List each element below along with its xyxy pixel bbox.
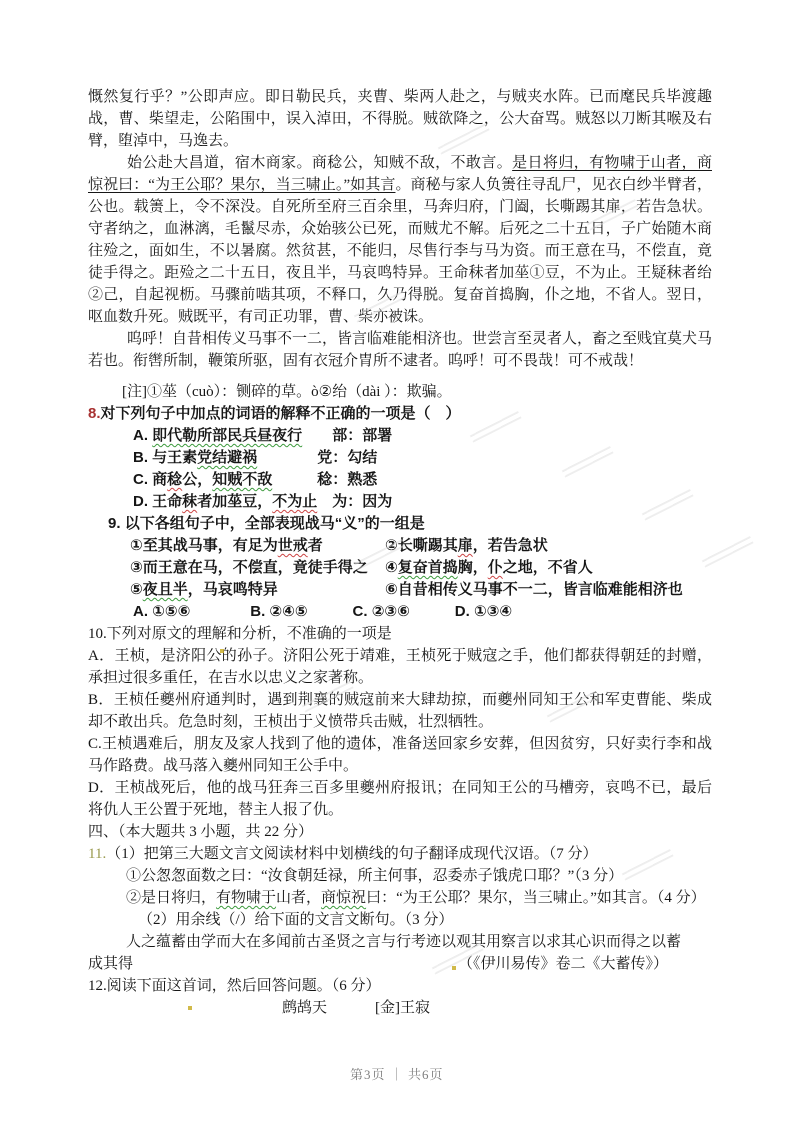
passage-paragraph-2: 始公赴大昌道，宿木商家。商稔公，知贼不敌，不敢言。是日将归，有物啸于山者，商惊祝… [88,152,712,328]
passage-paragraph-3: 呜呼！自昔相传义马事不一二，皆言临难能相济也。世尝言至灵者人，畜之至贱宜莫犬马若… [88,328,712,372]
poem-author: [金]王寂 [375,997,430,1019]
question-9-item-1: ①至其战马事，有足为世戒者 [130,535,385,557]
question-12-stem: 12.阅读下面这首词，然后回答问题。（6 分） [88,975,712,997]
question-8-option-d[interactable]: D. 王命秣者加莝豆，不为止 为：因为 [133,491,712,513]
question-9-row-3: ⑤夜且半，马哀鸣特异 ⑥自昔相传义马事不一二，皆言临难能相济也 [130,579,712,601]
section-4-heading: 四、（本大题共 3 小题，共 22 分） [88,821,712,843]
question-12-number: 12. [88,978,107,994]
question-10-stem-text: 下列对原文的理解和分析，不准确的一项是 [107,626,392,642]
question-11-part-2: （2）用余线（/）给下面的文言文断句。（3 分） [138,909,712,931]
footnote-line: [注]①莝（cuò）：铡碎的草。ò②绐（dài ）：欺骗。 [122,381,712,403]
question-8-option-c[interactable]: C. 商稔公，知贼不敌 稔：熟悉 [133,469,712,491]
page-footer: 第3页 ｜ 共6页 [350,1064,444,1083]
question-11-sub-2: ②是日将归，有物啸于山者，商惊祝曰：“为王公耶？果尔，当三啸止。”如其言。（4 … [126,887,712,909]
duanju-tail: 成其得 [88,953,133,975]
question-8-number: 8. [88,405,101,422]
question-10-stem: 10.下列对原文的理解和分析，不准确的一项是 [88,623,712,645]
scan-artifact-dot [452,966,456,970]
page-content: 慨然复行乎？”公即声应。即日勒民兵，夹曹、柴两人赴之，与贼夹水阵。已而麾民兵毕渡… [88,86,712,1019]
question-9-item-2: ②长嘶踢其扉，若告急状 [385,535,712,557]
exam-page: 慨然复行乎？”公即声应。即日勒民兵，夹曹、柴两人赴之，与贼夹水阵。已而麾民兵毕渡… [0,0,793,1122]
question-9-stem-text: 以下各组句子中，全部表现战马“义”的一组是 [125,515,425,532]
question-8-stem-text: 对下列句子中加点的词语的解释不正确的一项是（ ） [101,405,461,422]
question-9-item-3: ③而王意在马，不偿直，竟徒手得之 [130,557,385,579]
question-9-number: 9. [108,515,121,532]
footer-page-number: 第3页 [350,1067,386,1082]
question-10-option-c[interactable]: C.王桢遇难后，朋友及家人找到了他的遗体，准备送回家乡安葬，但因贫穷，只好卖行李… [88,733,712,777]
scan-artifact-dot [220,649,224,653]
question-10-option-d[interactable]: D．王桢战死后，他的战马狂奔三百多里夔州府报讯；在同知王公的马槽旁，哀鸣不已，最… [88,777,712,821]
footer-separator: ｜ [390,1067,404,1082]
scan-artifact-dot [188,1006,192,1010]
question-11-stem: 11.（1）把第三大题文言文阅读材料中划横线的句子翻译成现代汉语。（7 分） [88,843,712,865]
duanju-passage-line-1: 人之蕴蓄由学而大在多闻前古圣贤之言与行考迹以观其用察言以求其心识而得之以蓄 [126,931,712,953]
question-10-option-b[interactable]: B．王桢任夔州府通判时，遇到荆襄的贼寇前来大肆劫掠，而夔州同知王公和军吏曹能、柴… [88,689,712,733]
question-10-number: 10. [88,626,107,642]
question-8-option-a[interactable]: A. 即代勒所部民兵昼夜行 部：部署 [133,425,712,447]
question-12-stem-text: 阅读下面这首词，然后回答问题。（6 分） [107,978,381,994]
question-9-stem: 9. 以下各组句子中，全部表现战马“义”的一组是 [108,513,712,535]
question-11-stem-text: （1）把第三大题文言文阅读材料中划横线的句子翻译成现代汉语。（7 分） [106,846,597,862]
passage-2-post: 。商秘与家人负箦往寻乱尸，见衣白纱半臂者，公也。载箦上，令不深没。自死所至府三百… [88,177,712,325]
question-9-answers[interactable]: A. ①⑤⑥ B. ②④⑤ C. ②③⑥ D. ①③④ [133,601,712,623]
question-9-item-4: ④复奋首捣胸，仆之地，不省人 [385,557,712,579]
question-8-stem: 8.对下列句子中加点的词语的解释不正确的一项是（ ） [88,403,712,425]
passage-2-pre: 始公赴大昌道，宿木商家。商稔公，知贼不敌，不敢言。 [127,155,512,171]
question-11-number: 11. [88,846,106,862]
question-9-row-1: ①至其战马事，有足为世戒者 ②长嘶踢其扉，若告急状 [130,535,712,557]
passage-paragraph-1: 慨然复行乎？”公即声应。即日勒民兵，夹曹、柴两人赴之，与贼夹水阵。已而麾民兵毕渡… [88,86,712,152]
question-8-option-b[interactable]: B. 与王素党结避祸 党：勾结 [133,447,712,469]
poem-title: 鹧鸪天 [282,997,327,1019]
poem-title-row: 鹧鸪天 [金]王寂 [282,997,712,1019]
question-9-item-5: ⑤夜且半，马哀鸣特异 [130,579,385,601]
footer-total-pages: 共6页 [408,1067,444,1082]
question-10-option-a[interactable]: A．王桢，是济阳公的孙子。济阳公死于靖难，王桢死于贼寇之手，他们都获得朝廷的封赠… [88,645,712,689]
question-9-row-2: ③而王意在马，不偿直，竟徒手得之 ④复奋首捣胸，仆之地，不省人 [130,557,712,579]
duanju-source: （《伊川易传》卷二《大蓄传》） [458,953,668,975]
question-9-item-6: ⑥自昔相传义马事不一二，皆言临难能相济也 [385,579,712,601]
duanju-passage-line-2: 成其得 （《伊川易传》卷二《大蓄传》） [88,953,712,975]
